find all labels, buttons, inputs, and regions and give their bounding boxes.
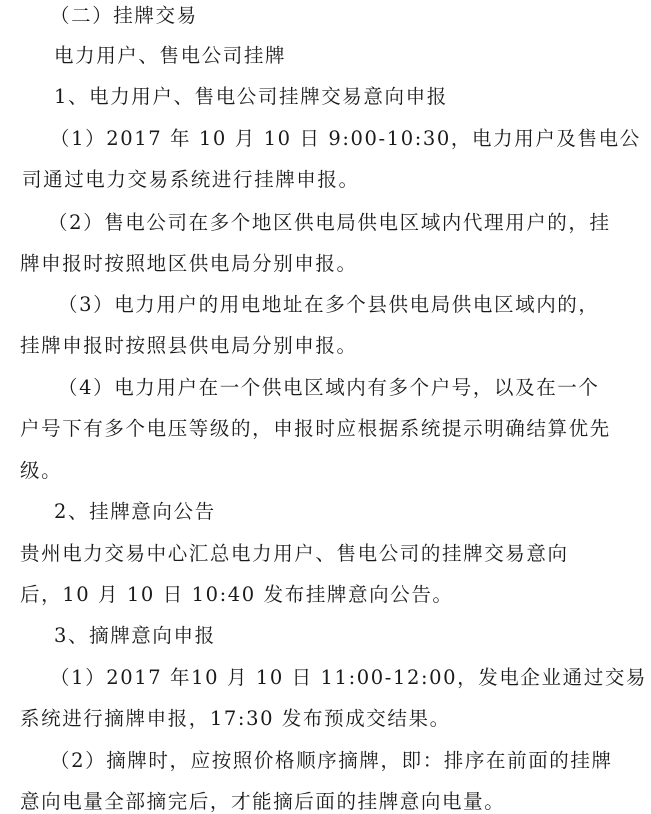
item1-p1-line1: （1）2017 年 10 月 10 日 9:00-10:30，电力用户及售电公	[50, 126, 493, 152]
item3-heading: 3、摘牌意向申报	[54, 623, 216, 649]
item1-p4-line3: 级。	[20, 458, 62, 484]
subtitle: 电力用户、售电公司挂牌	[54, 43, 286, 69]
item2-p-line1: 贵州电力交易中心汇总电力用户、售电公司的挂牌交易意向	[20, 541, 569, 567]
section-title: （二）挂牌交易	[50, 3, 198, 29]
item3-p2-line2: 意向电量全部摘完后，才能摘后面的挂牌意向电量。	[20, 789, 505, 814]
item1-p3-line1: （3）电力用户的用电地址在多个县供电局供电区域内的，	[58, 292, 486, 318]
item3-p1-line1: （1）2017 年10 月 10 日 11:00-12:00，发电企业通过交易	[50, 665, 493, 691]
item1-p4-line1: （4）电力用户在一个供电区域内有多个户号，以及在一个	[58, 375, 491, 401]
item1-p1-line2: 司通过电力交易系统进行挂牌申报。	[22, 167, 360, 193]
item1-heading: 1、电力用户、售电公司挂牌交易意向申报	[54, 84, 448, 110]
item1-p2-line1: （2）售电公司在多个地区供电局供电区域内代理用户的，挂	[48, 210, 493, 236]
item1-p3-line2: 挂牌申报时按照县供电局分别申报。	[20, 333, 358, 359]
item1-p2-line2: 牌申报时按照地区供电局分别申报。	[20, 251, 358, 277]
item2-heading: 2、挂牌意向公告	[54, 499, 216, 525]
item3-p2-line1: （2）摘牌时，应按照价格顺序摘牌，即：排序在前面的挂牌	[50, 748, 493, 774]
item2-p-line2: 后，10 月 10 日 10:40 发布挂牌意向公告。	[20, 582, 454, 608]
item1-p4-line2: 户号下有多个电压等级的，申报时应根据系统提示明确结算优先	[20, 416, 493, 442]
item3-p1-line2: 系统进行摘牌申报，17:30 发布预成交结果。	[20, 706, 451, 732]
